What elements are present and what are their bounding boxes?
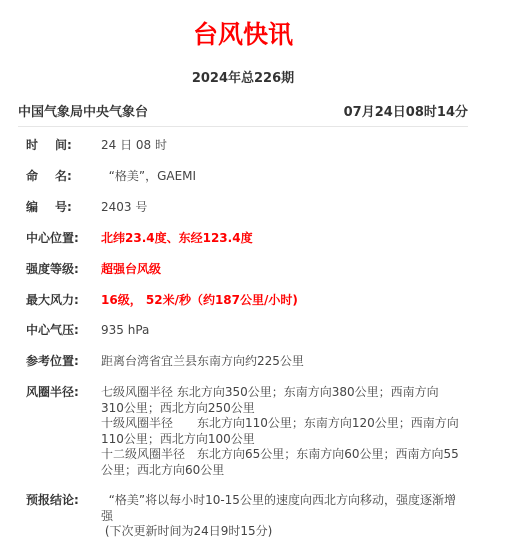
bulletin-header: 中国气象局中央气象台 07月24日08时14分: [18, 104, 468, 124]
field-value: “格美”，GAEMI: [101, 169, 459, 185]
wind-radius-level-10: 十级风圈半径 东北方向110公里；东南方向120公里；西南方向110公里；西北方…: [101, 416, 459, 447]
wind-radius-level-12: 十二级风圈半径 东北方向65公里；东南方向60公里；西南方向55公里；西北方向6…: [101, 447, 459, 478]
field-label: 命名:: [26, 169, 98, 185]
field-value: “格美”将以每小时10-15公里的速度向西北方向移动，强度逐渐增强 (下次更新时…: [101, 493, 459, 540]
field-label: 风圈半径:: [26, 385, 98, 401]
field-value: 24 日 08 时: [101, 138, 459, 154]
field-label: 中心位置:: [26, 231, 98, 247]
field-label: 时间:: [26, 138, 98, 154]
header-divider: [18, 126, 468, 127]
field-label: 最大风力:: [26, 293, 98, 309]
issuing-agency: 中国气象局中央气象台: [18, 104, 148, 122]
field-label: 编号:: [26, 200, 98, 216]
field-value: 超强台风级: [101, 262, 459, 278]
field-value: 935 hPa: [101, 323, 459, 339]
field-label: 预报结论:: [26, 493, 98, 509]
field-label: 参考位置:: [26, 354, 98, 370]
field-value: 七级风圈半径 东北方向350公里；东南方向380公里；西南方向310公里；西北方…: [101, 385, 459, 478]
forecast-text: “格美”将以每小时10-15公里的速度向西北方向移动，强度逐渐增强: [101, 493, 459, 524]
field-value: 北纬23.4度、东经123.4度: [101, 231, 459, 247]
field-label: 中心气压:: [26, 323, 98, 339]
field-value: 2403 号: [101, 200, 459, 216]
wind-radius-level-7: 七级风圈半径 东北方向350公里；东南方向380公里；西南方向310公里；西北方…: [101, 385, 459, 416]
page-title: 台风快讯: [0, 18, 486, 52]
next-update-note: (下次更新时间为24日9时15分): [101, 524, 459, 540]
field-value: 距离台湾省宜兰县东南方向约225公里: [101, 354, 459, 370]
field-label: 强度等级:: [26, 262, 98, 278]
issue-number: 2024年总226期: [0, 70, 486, 88]
field-value: 16级， 52米/秒（约187公里/小时): [101, 293, 459, 309]
issue-time: 07月24日08时14分: [344, 104, 468, 122]
